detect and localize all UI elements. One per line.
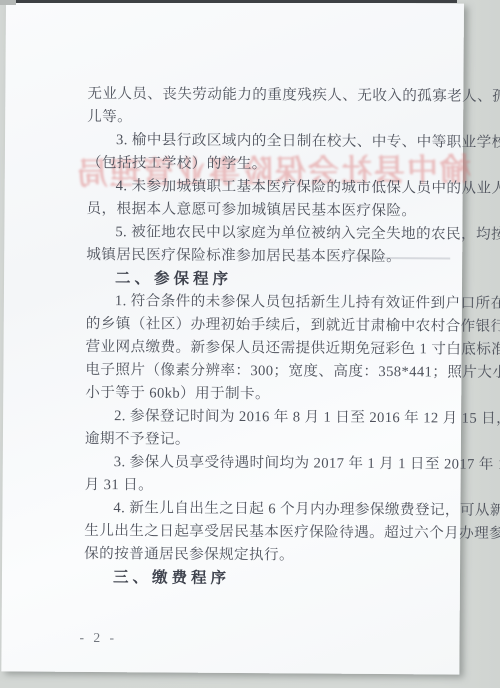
text-line: 逾期不予登记。 xyxy=(85,428,467,454)
text-line: 营业网点缴费。新参保人员还需提供近期免冠彩色 1 寸白底标准 xyxy=(86,336,468,362)
text-line: 4. 新生儿自出生之日起 6 个月内办理参保缴费登记，可从新 xyxy=(84,497,466,523)
scanner-background: 榆中县社会保险事业管理局 无业人员、丧失劳动能力的重度残疾人、无收入的孤寡老人、… xyxy=(0,0,500,688)
text-line: （包括技工学校）的学生。 xyxy=(87,152,469,178)
text-line: 保的按普通居民参保规定执行。 xyxy=(84,543,466,569)
text-line: 生儿出生之日起享受居民基本医疗保险待遇。超过六个月办理参 xyxy=(84,520,466,546)
scan-corner-artifact xyxy=(0,0,16,5)
text-line: 无业人员、丧失劳动能力的重度残疾人、无收入的孤寡老人、孤 xyxy=(87,83,469,109)
text-line: 5. 被征地农民中以家庭为单位被纳入完全失地的农民，均按 xyxy=(86,221,468,247)
text-line: 2. 参保登记时间为 2016 年 8 月 1 日至 2016 年 12 月 1… xyxy=(85,405,467,431)
text-line: 小于等于 60kb）用于制卡。 xyxy=(85,382,467,408)
text-line: 4. 未参加城镇职工基本医疗保险的城市低保人员中的从业人 xyxy=(87,175,469,201)
text-line: 3. 榆中县行政区域内的全日制在校大、中专、中等职业学校 xyxy=(87,129,469,155)
text-line: 员，根据本人意愿可参加城镇居民基本医疗保险。 xyxy=(86,198,468,224)
document-body: 无业人员、丧失劳动能力的重度残疾人、无收入的孤寡老人、孤儿等。3. 榆中县行政区… xyxy=(84,83,470,592)
text-line: 3. 参保人员享受待遇时间均为 2017 年 1 月 1 日至 2017 年 1… xyxy=(85,451,467,477)
text-line: 1. 符合条件的未参保人员包括新生儿持有效证件到户口所在 xyxy=(86,290,468,316)
section-heading: 三、缴费程序 xyxy=(84,566,466,592)
text-line: 的乡镇（社区）办理初始手续后，到就近甘肃榆中农村合作银行 xyxy=(86,313,468,339)
text-line: 儿等。 xyxy=(87,106,469,132)
text-line: 城镇居民医疗保险标准参加居民基本医疗保险。 xyxy=(86,244,468,270)
text-line: 月 31 日。 xyxy=(85,474,467,500)
scan-edge-line xyxy=(5,0,457,3)
page-number: - 2 - xyxy=(80,630,118,646)
document-page: 榆中县社会保险事业管理局 无业人员、丧失劳动能力的重度残疾人、无收入的孤寡老人、… xyxy=(1,0,464,674)
text-line: 电子照片（像素分辨率：300；宽度、高度：358*441；照片大小： xyxy=(85,359,467,385)
section-heading: 二、参保程序 xyxy=(86,267,468,293)
